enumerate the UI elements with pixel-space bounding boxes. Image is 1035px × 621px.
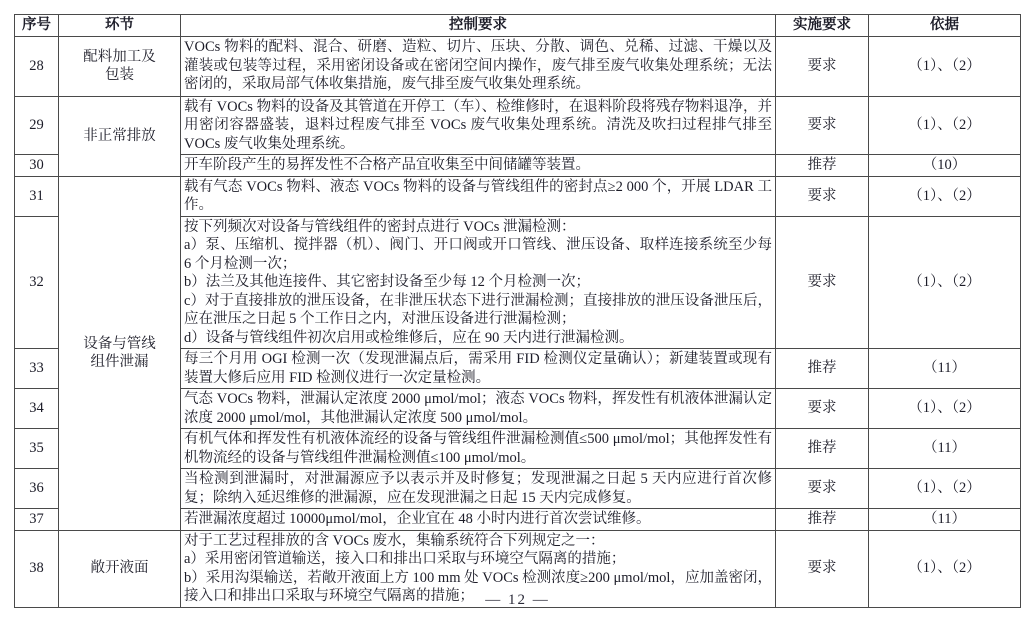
control-cell: 开车阶段产生的易挥发性不合格产品宜收集至中间储罐等装置。 — [181, 155, 776, 177]
document-page: 序号 环节 控制要求 实施要求 依据 28 配料加工及 包装 VOCs 物料的配… — [0, 0, 1035, 621]
serial-cell: 29 — [15, 96, 59, 155]
basis-cell: （1）、（2） — [869, 96, 1021, 155]
col-header-basis: 依据 — [869, 15, 1021, 37]
impl-cell: 推荐 — [776, 429, 869, 469]
serial-cell: 30 — [15, 155, 59, 177]
impl-cell: 推荐 — [776, 509, 869, 531]
basis-cell: （1）、（2） — [869, 389, 1021, 429]
basis-cell: （11） — [869, 509, 1021, 531]
basis-cell: （1）、（2） — [869, 176, 1021, 216]
impl-cell: 要求 — [776, 96, 869, 155]
impl-cell: 要求 — [776, 36, 869, 96]
stage-cell: 非正常排放 — [59, 96, 181, 176]
table-row: 29 非正常排放 载有 VOCs 物料的设备及其管道在开停工（车）、检维修时，在… — [15, 96, 1021, 155]
table-row: 28 配料加工及 包装 VOCs 物料的配料、混合、研磨、造粒、切片、压块、分散… — [15, 36, 1021, 96]
serial-cell: 33 — [15, 349, 59, 389]
impl-cell: 要求 — [776, 176, 869, 216]
stage-cell: 配料加工及 包装 — [59, 36, 181, 96]
basis-cell: （11） — [869, 349, 1021, 389]
control-cell: 载有 VOCs 物料的设备及其管道在开停工（车）、检维修时，在退料阶段将残存物料… — [181, 96, 776, 155]
impl-cell: 要求 — [776, 469, 869, 509]
col-header-serial: 序号 — [15, 15, 59, 37]
basis-cell: （11） — [869, 429, 1021, 469]
control-cell: 若泄漏浓度超过 10000μmol/mol，企业宜在 48 小时内进行首次尝试维… — [181, 509, 776, 531]
col-header-stage: 环节 — [59, 15, 181, 37]
serial-cell: 35 — [15, 429, 59, 469]
control-cell: 当检测到泄漏时，对泄漏源应予以表示并及时修复；发现泄漏之日起 5 天内应进行首次… — [181, 469, 776, 509]
basis-cell: （1）、（2） — [869, 216, 1021, 349]
control-cell: VOCs 物料的配料、混合、研磨、造粒、切片、压块、分散、调色、兑稀、过滤、干燥… — [181, 36, 776, 96]
impl-cell: 要求 — [776, 216, 869, 349]
serial-cell: 37 — [15, 509, 59, 531]
impl-cell: 推荐 — [776, 155, 869, 177]
table-header-row: 序号 环节 控制要求 实施要求 依据 — [15, 15, 1021, 37]
control-cell: 载有气态 VOCs 物料、液态 VOCs 物料的设备与管线组件的密封点≥2 00… — [181, 176, 776, 216]
control-requirements-table: 序号 环节 控制要求 实施要求 依据 28 配料加工及 包装 VOCs 物料的配… — [14, 14, 1021, 608]
serial-cell: 34 — [15, 389, 59, 429]
col-header-impl: 实施要求 — [776, 15, 869, 37]
impl-cell: 要求 — [776, 389, 869, 429]
table-row: 31 设备与管线 组件泄漏 载有气态 VOCs 物料、液态 VOCs 物料的设备… — [15, 176, 1021, 216]
control-cell: 气态 VOCs 物料，泄漏认定浓度 2000 μmol/mol；液态 VOCs … — [181, 389, 776, 429]
basis-cell: （1）、（2） — [869, 36, 1021, 96]
serial-cell: 32 — [15, 216, 59, 349]
serial-cell: 28 — [15, 36, 59, 96]
control-cell: 有机气体和挥发性有机液体流经的设备与管线组件泄漏检测值≤500 μmol/mol… — [181, 429, 776, 469]
basis-cell: （1）、（2） — [869, 469, 1021, 509]
control-cell: 按下列频次对设备与管线组件的密封点进行 VOCs 泄漏检测： a）泵、压缩机、搅… — [181, 216, 776, 349]
serial-cell: 31 — [15, 176, 59, 216]
control-cell: 每三个月用 OGI 检测一次（发现泄漏点后，需采用 FID 检测仪定量确认）；新… — [181, 349, 776, 389]
stage-cell: 设备与管线 组件泄漏 — [59, 176, 181, 530]
impl-cell: 推荐 — [776, 349, 869, 389]
basis-cell: （10） — [869, 155, 1021, 177]
page-number: — 12 — — [0, 592, 1035, 609]
col-header-control: 控制要求 — [181, 15, 776, 37]
serial-cell: 36 — [15, 469, 59, 509]
